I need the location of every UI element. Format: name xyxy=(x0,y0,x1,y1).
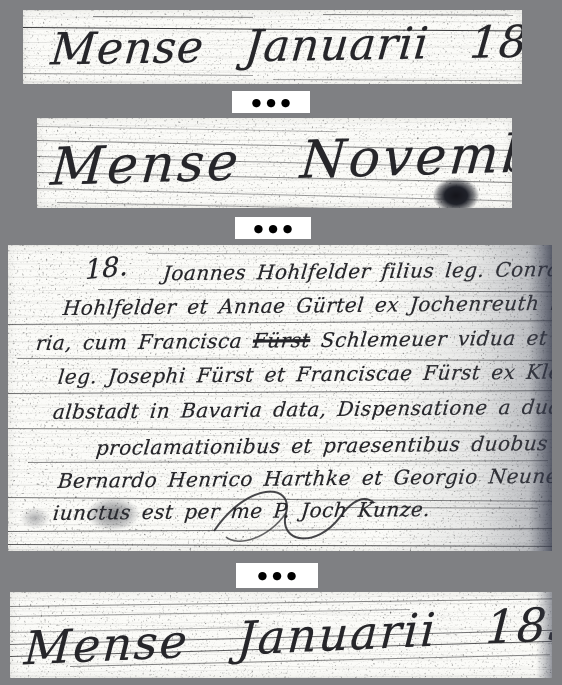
scanned-register-collage: Mense Januarii 1857. ●●● Mense Novembri.… xyxy=(0,0,562,685)
ellipsis-dots: ●●● xyxy=(253,570,302,581)
entry-line-7: Bernardo Henrico Harthke et Georgio Neun… xyxy=(57,465,552,491)
entry-line-1: Joannes Hohlfelder filius leg. Conradi xyxy=(162,259,552,283)
ruled-line xyxy=(8,390,552,394)
entry-line-2: Hohlfelder et Annae Gürtel ex Jochenreut… xyxy=(62,292,552,318)
ruled-line xyxy=(323,14,513,16)
scan-strip-january-1852: Mense Januarii 1852 xyxy=(10,592,552,678)
smudge xyxy=(20,507,50,529)
ellipsis-separator: ●●● xyxy=(235,217,311,239)
ruled-line xyxy=(273,79,522,81)
scan-strip-novembri: Mense Novembri. xyxy=(37,118,512,208)
scan-strip-january-1857: Mense Januarii 1857. xyxy=(23,10,522,84)
ellipsis-dots: ●●● xyxy=(247,97,296,108)
ruled-line xyxy=(28,460,548,463)
entry-line-4: leg. Josephi Fürst et Franciscae Fürst e… xyxy=(57,361,552,387)
entry-line-3-post: Schlemeuer vidua et filia xyxy=(320,325,552,352)
month-heading-januarii-1852: Mense Januarii 1852 xyxy=(23,599,552,672)
month-heading-novembri: Mense Novembri. xyxy=(49,126,512,194)
ruled-line xyxy=(93,16,253,18)
ellipsis-dots: ●●● xyxy=(249,223,298,234)
ruled-line xyxy=(8,544,552,547)
entry-line-3-struck-word: Fürst xyxy=(252,328,311,353)
ruled-line xyxy=(148,253,448,255)
ruled-line xyxy=(8,320,552,325)
ruled-line xyxy=(57,202,497,208)
entry-line-3-pre: ria, cum Francisca xyxy=(35,329,243,355)
entry-line-6: proclamationibus et praesentibus duobus … xyxy=(95,432,552,458)
entry-line-3: ria, cum Francisca Fürst Schlemeuer vidu… xyxy=(35,327,552,353)
month-heading-januarii-1857: Mense Januarii 1857. xyxy=(49,20,522,73)
scan-baptism-entry-18: 18. Joannes Hohlfelder filius leg. Conra… xyxy=(8,245,552,551)
ruled-line xyxy=(8,528,552,532)
ellipsis-separator: ●●● xyxy=(232,91,310,113)
ellipsis-separator: ●●● xyxy=(236,563,318,588)
entry-number: 18. xyxy=(85,253,128,285)
entry-line-5: albstadt in Bavaria data, Dispensatione … xyxy=(52,396,552,422)
entry-line-8: iunctus est per me P. Joch Kunze. xyxy=(52,499,431,523)
